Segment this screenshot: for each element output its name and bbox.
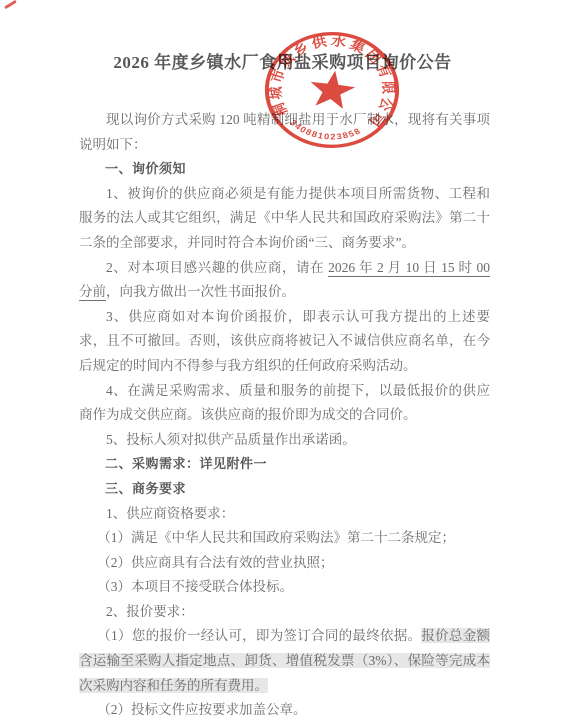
intro-paragraph: 现以询价方式采购 120 吨精制细盐用于水厂制水，现将有关事项说明如下： <box>79 108 490 157</box>
document-title: 2026 年度乡镇水厂食用盐采购项目询价公告 <box>0 48 565 73</box>
section1-heading: 一、询价须知 <box>79 157 490 182</box>
qualification-heading: 1、供应商资格要求： <box>79 502 490 527</box>
notice-item-3: 3、供应商如对本询价函报价，即表示认可我方提出的上述要求，且不可撤回。否则，该供… <box>79 305 490 379</box>
document-body: 现以询价方式采购 120 吨精制细盐用于水厂制水，现将有关事项说明如下： 一、询… <box>79 108 490 723</box>
notice-item-4: 4、在满足采购需求、质量和服务的前提下，以最低报价的供应商作为成交供应商。该供应… <box>79 379 490 428</box>
document-page: 2026 年度乡镇水厂食用盐采购项目询价公告 现以询价方式采购 120 吨精制细… <box>0 0 565 726</box>
quotation-item-1: （1）您的报价一经认可，即为签订合同的最终依据。报价总金额含运输至采购人指定地点… <box>79 624 490 698</box>
notice-item-5: 5、投标人须对拟供产品质量作出承诺函。 <box>79 428 490 453</box>
quotation-item-1-text: （1）您的报价一经认可，即为签订合同的最终依据。 <box>97 628 421 643</box>
qualification-item-1: （1）满足《中华人民共和国政府采购法》第二十二条规定； <box>79 526 490 551</box>
notice-item-2-text: 2、对本项目感兴趣的供应商，请在 <box>106 260 328 275</box>
notice-item-2: 2、对本项目感兴趣的供应商，请在 2026 年 2 月 10 日 15 时 00… <box>79 256 490 305</box>
notice-item-2-tail: ，向我方做出一次性书面报价。 <box>106 284 295 299</box>
notice-item-1: 1、被询价的供应商必须是有能力提供本项目所需货物、工程和服务的法人或其它组织，满… <box>79 182 490 256</box>
seal-star-icon <box>307 68 358 110</box>
quotation-heading: 2、报价要求： <box>79 600 490 625</box>
section2-heading: 二、采购需求：详见附件一 <box>79 452 490 477</box>
scan-artifact-mark <box>4 0 17 9</box>
quotation-item-2: （2）投标文件应按要求加盖公章。 <box>79 698 490 723</box>
section3-heading: 三、商务要求 <box>79 477 490 502</box>
qualification-item-2: （2）供应商具有合法有效的营业执照； <box>79 551 490 576</box>
qualification-item-3: （3）本项目不接受联合体投标。 <box>79 575 490 600</box>
